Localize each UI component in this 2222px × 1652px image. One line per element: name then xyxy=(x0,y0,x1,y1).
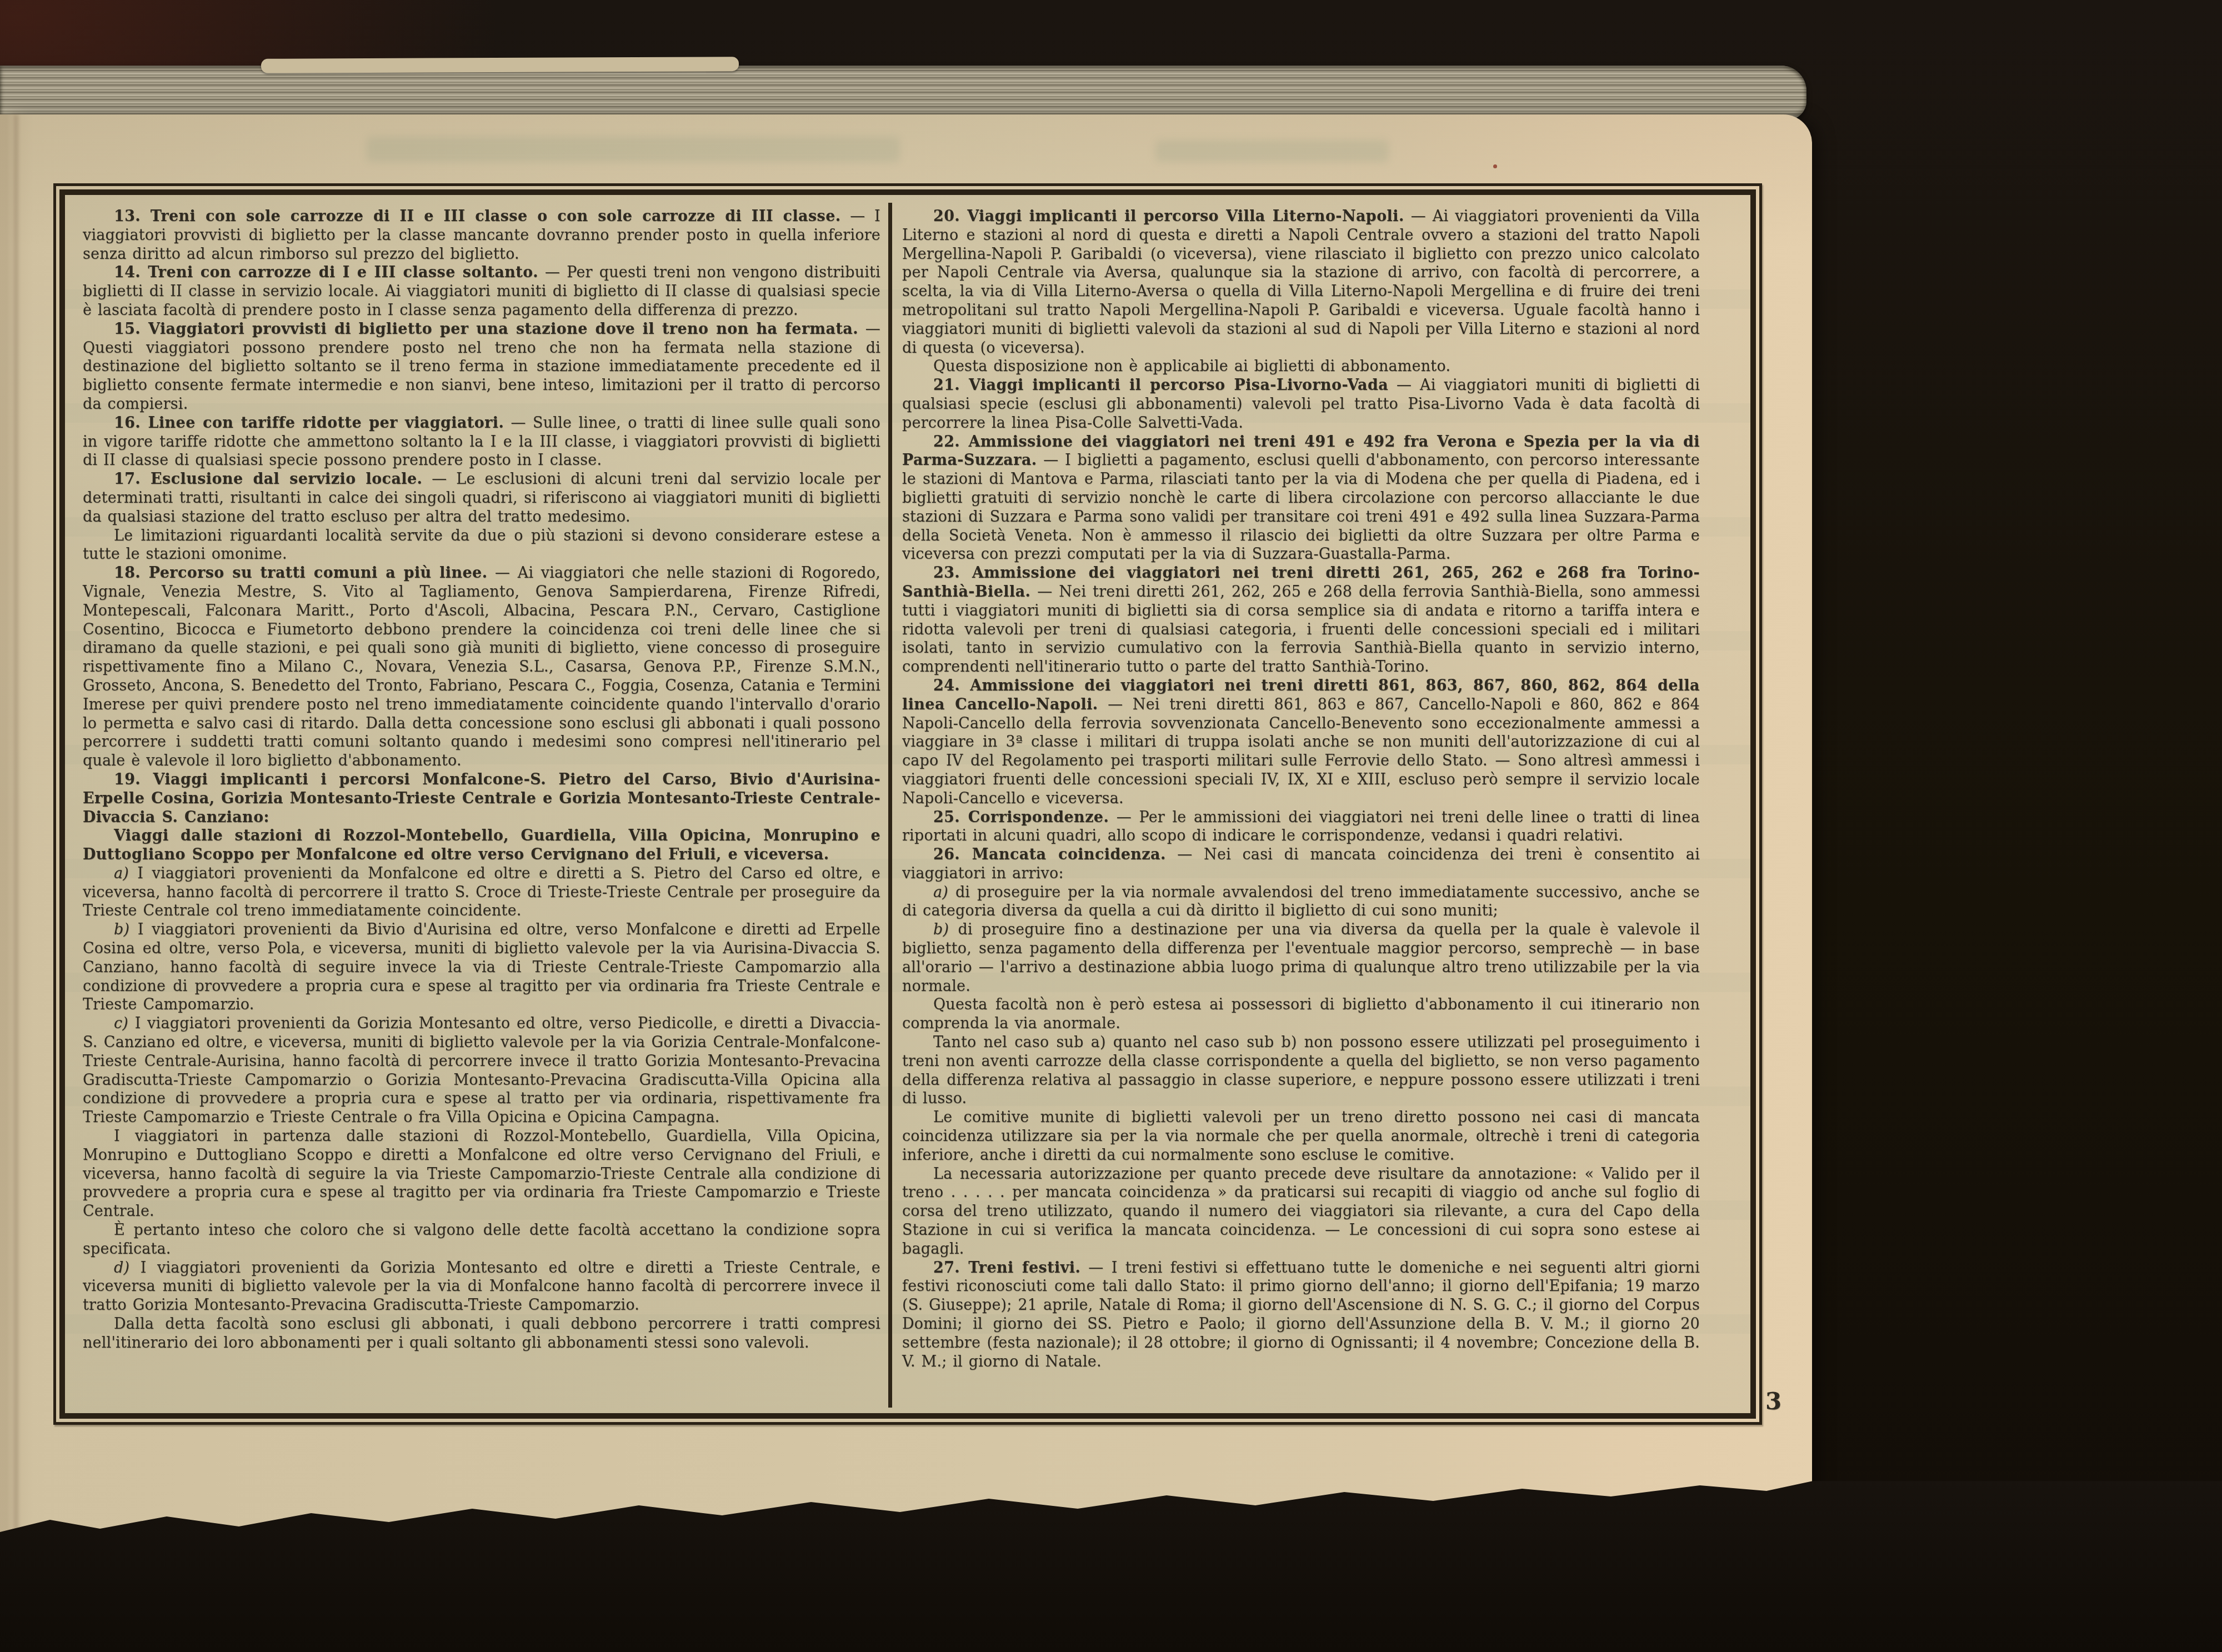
section-heading: 27. Treni festivi. xyxy=(933,1259,1080,1276)
section-heading: 18. Percorso su tratti comuni a più line… xyxy=(114,564,488,582)
two-column-text-block: 13. Treni con sole carrozze di II e III … xyxy=(73,203,1743,1408)
section: 16. Linee con tariffe ridotte per viaggi… xyxy=(83,414,880,470)
paragraph: Le limitazioni riguardanti località serv… xyxy=(83,527,880,564)
text-frame-border: 13. Treni con sole carrozze di II e III … xyxy=(53,183,1762,1425)
paragraph: Questa facoltà non è però estesa ai poss… xyxy=(902,995,1700,1033)
section: 15. Viaggiatori provvisti di biglietto p… xyxy=(83,320,880,414)
section-heading: 21. Viaggi implicanti il percorso Pisa-L… xyxy=(933,377,1388,394)
section-heading: 26. Mancata coincidenza. xyxy=(933,846,1166,863)
right-column: 20. Viaggi implicanti il percorso Villa … xyxy=(892,203,1708,1408)
section: 18. Percorso su tratti comuni a più line… xyxy=(83,564,880,770)
section-heading: 20. Viaggi implicanti il percorso Villa … xyxy=(933,208,1404,225)
column-divider-rule xyxy=(888,203,892,1408)
book-page: 13. Treni con sole carrozze di II e III … xyxy=(0,114,1812,1540)
paragraph: I viaggiatori in partenza dalle stazioni… xyxy=(83,1127,880,1221)
book-page-edges xyxy=(0,66,1806,120)
paragraph: d) I viaggiatori provenienti da Gorizia … xyxy=(83,1259,880,1315)
scanned-book-photo: 13. Treni con sole carrozze di II e III … xyxy=(0,0,2222,1652)
section-heading: 23. Ammissione dei viaggiatori nei treni… xyxy=(902,564,1700,600)
paragraph: Questa disposizione non è applicabile ai… xyxy=(902,357,1700,376)
paragraph: b) di proseguire fino a destinazione per… xyxy=(902,920,1700,995)
paragraph: Le comitive munite di biglietti valevoli… xyxy=(902,1108,1700,1164)
text-frame-inner-border: 13. Treni con sole carrozze di II e III … xyxy=(59,189,1756,1419)
item-letter: c) xyxy=(114,1015,135,1032)
page-number: 3 xyxy=(1765,1388,1781,1415)
item-letter: a) xyxy=(114,865,137,882)
section: 25. Corrispondenze. — Per le ammissioni … xyxy=(902,808,1700,846)
paragraph: Dalla detta facoltà sono esclusi gli abb… xyxy=(83,1315,880,1353)
paragraph: La necessaria autorizzazione per quanto … xyxy=(902,1165,1700,1259)
section: 21. Viaggi implicanti il percorso Pisa-L… xyxy=(902,376,1700,432)
section: 20. Viaggi implicanti il percorso Villa … xyxy=(902,207,1700,357)
section: 24. Ammissione dei viaggiatori nei treni… xyxy=(902,677,1700,808)
section: 14. Treni con carrozze di I e III classe… xyxy=(83,263,880,319)
item-letter: b) xyxy=(114,921,138,938)
section-heading: 19. Viaggi implicanti i percorsi Monfalc… xyxy=(83,771,880,826)
paper-speck xyxy=(1493,164,1497,168)
section: 13. Treni con sole carrozze di II e III … xyxy=(83,207,880,263)
section-heading: 22. Ammissione dei viaggiatori nei treni… xyxy=(902,433,1700,469)
paragraph: Viaggi dalle stazioni di Rozzol-Montebel… xyxy=(83,827,880,864)
section: 23. Ammissione dei viaggiatori nei treni… xyxy=(902,564,1700,677)
item-letter: a) xyxy=(933,884,955,901)
ink-showthrough xyxy=(367,137,900,162)
section: 17. Esclusione dal servizio locale. — Le… xyxy=(83,470,880,526)
left-column: 13. Treni con sole carrozze di II e III … xyxy=(73,203,888,1408)
section-heading: 17. Esclusione dal servizio locale. xyxy=(114,470,422,488)
page-crease xyxy=(14,114,18,1540)
section-heading: 13. Treni con sole carrozze di II e III … xyxy=(114,208,841,225)
section: 27. Treni festivi. — I treni festivi si … xyxy=(902,1259,1700,1371)
section: 19. Viaggi implicanti i percorsi Monfalc… xyxy=(83,770,880,827)
paragraph: È pertanto inteso che coloro che si valg… xyxy=(83,1221,880,1259)
paragraph: a) I viaggiatori provenienti da Monfalco… xyxy=(83,864,880,920)
section: 26. Mancata coincidenza. — Nei casi di m… xyxy=(902,845,1700,883)
section-heading: 25. Corrispondenze. xyxy=(933,809,1109,826)
ink-showthrough xyxy=(1155,140,1389,162)
section-heading: 24. Ammissione dei viaggiatori nei treni… xyxy=(902,677,1700,713)
paragraph: c) I viaggiatori provenienti da Gorizia … xyxy=(83,1014,880,1127)
protruding-page-edge xyxy=(261,57,739,73)
section-heading: 15. Viaggiatori provvisti di biglietto p… xyxy=(114,321,858,338)
item-letter: b) xyxy=(933,921,958,938)
section: 22. Ammissione dei viaggiatori nei treni… xyxy=(902,433,1700,564)
section-heading: 16. Linee con tariffe ridotte per viaggi… xyxy=(114,414,504,432)
item-letter: d) xyxy=(114,1259,141,1276)
paragraph: Tanto nel caso sub a) quanto nel caso su… xyxy=(902,1033,1700,1108)
section-heading: 14. Treni con carrozze di I e III classe… xyxy=(114,264,538,281)
paragraph: b) I viaggiatori provenienti da Bivio d'… xyxy=(83,920,880,1014)
paragraph: a) di proseguire per la via normale avva… xyxy=(902,883,1700,921)
